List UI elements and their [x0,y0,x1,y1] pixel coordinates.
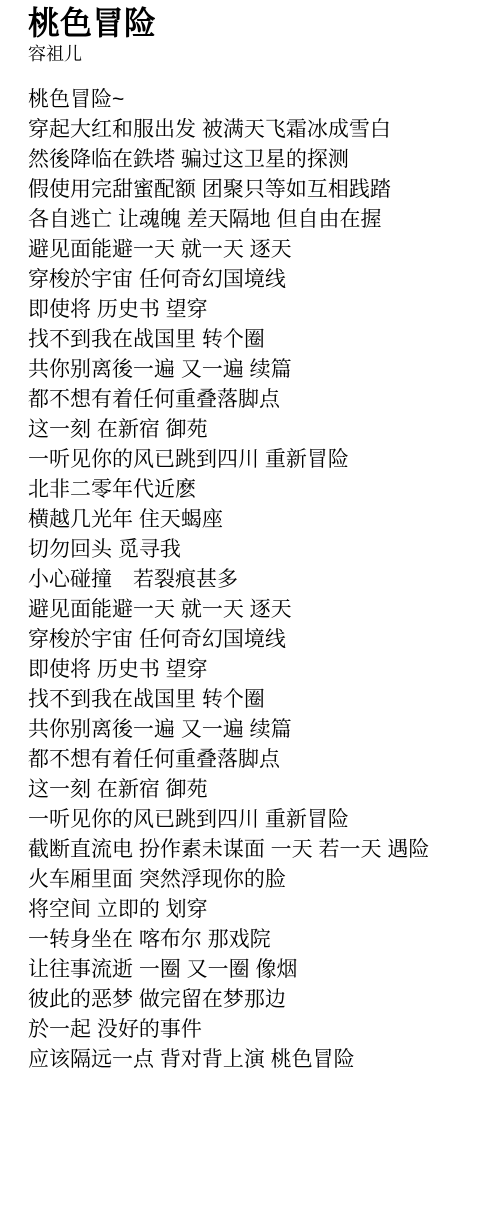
lyric-line: 一听见你的风已跳到四川 重新冒险 [28,445,480,475]
lyric-line: 切勿回头 觅寻我 [28,535,480,565]
lyric-line: 找不到我在战国里 转个圈 [28,325,480,355]
lyric-line: 即使将 历史书 望穿 [28,295,480,325]
lyric-line: 找不到我在战国里 转个圈 [28,685,480,715]
lyric-line: 各自逃亡 让魂魄 差天隔地 但自由在握 [28,205,480,235]
lyric-line: 这一刻 在新宿 御苑 [28,775,480,805]
lyric-line: 共你别离後一遍 又一遍 续篇 [28,715,480,745]
lyric-line: 让往事流逝 一圈 又一圈 像烟 [28,955,480,985]
lyric-line: 一转身坐在 喀布尔 那戏院 [28,925,480,955]
lyric-line: 假使用完甜蜜配额 团聚只等如互相践踏 [28,175,480,205]
lyric-line: 穿梭於宇宙 任何奇幻国境线 [28,265,480,295]
lyric-line: 即使将 历史书 望穿 [28,655,480,685]
lyric-line: 截断直流电 扮作素未谋面 一天 若一天 遇险 [28,835,480,865]
lyric-line: 然後降临在鉄塔 骗过这卫星的探测 [28,145,480,175]
lyric-line: 一听见你的风已跳到四川 重新冒险 [28,805,480,835]
lyric-line: 火车厢里面 突然浮现你的脸 [28,865,480,895]
lyric-line: 这一刻 在新宿 御苑 [28,415,480,445]
lyric-line: 穿起大红和服出发 被满天飞霜冰成雪白 [28,115,480,145]
lyric-line: 小心碰撞 若裂痕甚多 [28,565,480,595]
lyric-line: 将空间 立即的 划穿 [28,895,480,925]
lyric-line: 都不想有着任何重叠落脚点 [28,745,480,775]
lyric-line: 北非二零年代近麽 [28,475,480,505]
song-title: 桃色冒险 [28,5,480,41]
lyric-line: 横越几光年 住天蝎座 [28,505,480,535]
lyric-line: 彼此的恶梦 做完留在梦那边 [28,985,480,1015]
lyrics-page: 桃色冒险 容祖儿 桃色冒险~穿起大红和服出发 被满天飞霜冰成雪白然後降临在鉄塔 … [0,0,500,1075]
lyrics-body: 桃色冒险~穿起大红和服出发 被满天飞霜冰成雪白然後降临在鉄塔 骗过这卫星的探测假… [28,85,480,1075]
lyric-line: 共你别离後一遍 又一遍 续篇 [28,355,480,385]
lyric-line: 避见面能避一天 就一天 逐天 [28,595,480,625]
lyric-line: 应该隔远一点 背对背上演 桃色冒险 [28,1045,480,1075]
lyric-line: 於一起 没好的事件 [28,1015,480,1045]
lyric-line: 避见面能避一天 就一天 逐天 [28,235,480,265]
lyric-line: 都不想有着任何重叠落脚点 [28,385,480,415]
artist-name: 容祖儿 [28,43,480,65]
lyric-line: 穿梭於宇宙 任何奇幻国境线 [28,625,480,655]
lyric-line: 桃色冒险~ [28,85,480,115]
